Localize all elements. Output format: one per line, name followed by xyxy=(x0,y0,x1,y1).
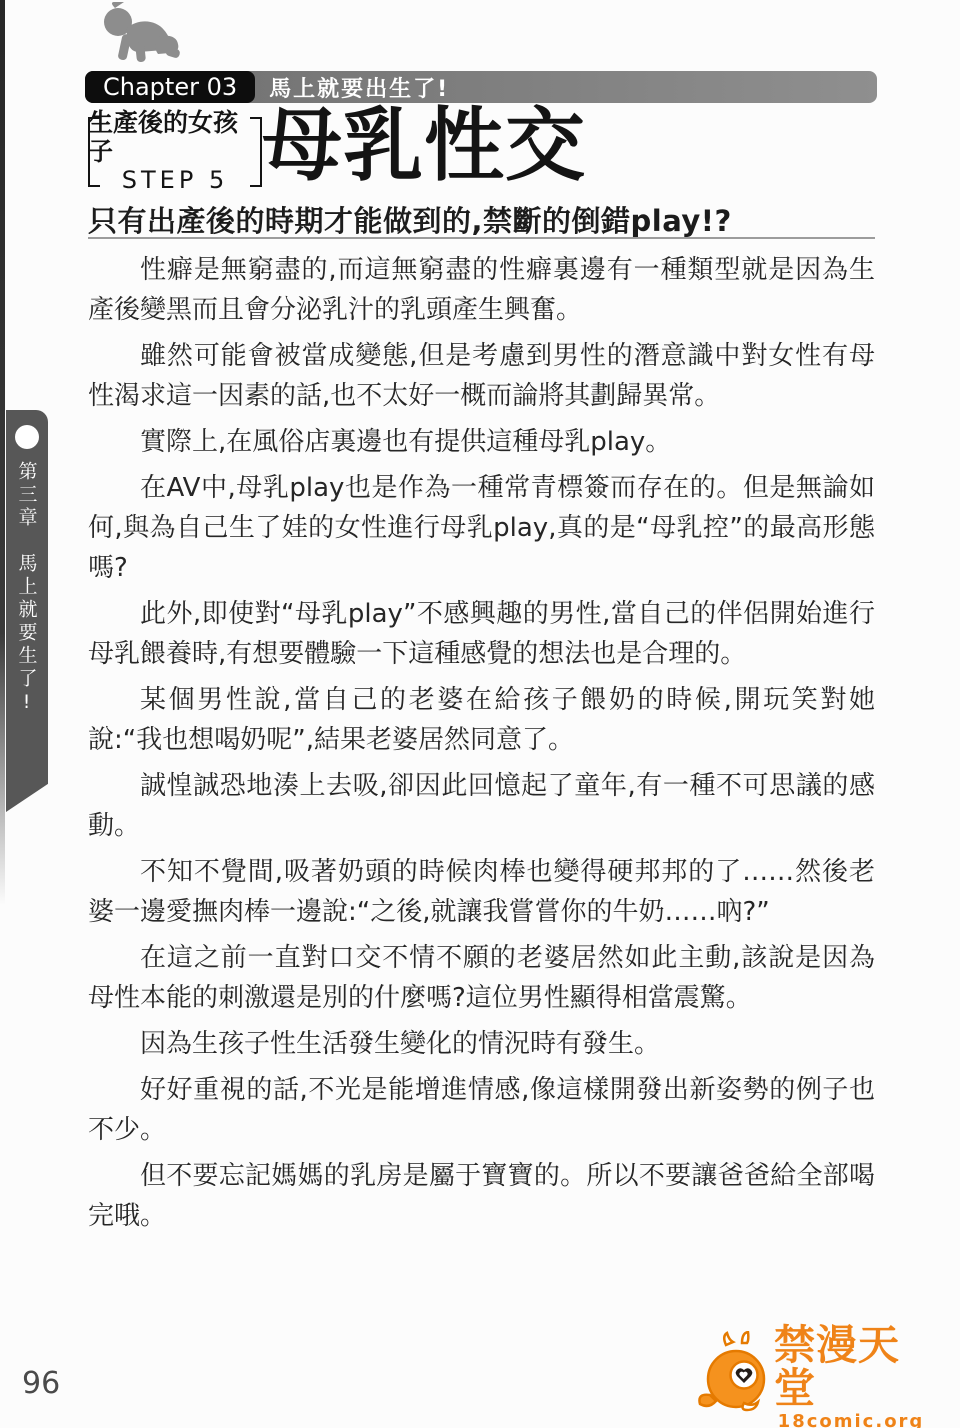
body-paragraph: 不知不覺間,吸著奶頭的時候肉棒也變得硬邦邦的了……然後老婆一邊愛撫肉棒一邊說:“… xyxy=(88,852,875,932)
chapter-number-label: Chapter 03 xyxy=(85,71,255,103)
book-page: Chapter 03 馬上就要出生了! 生產後的女孩子 STEP 5 母乳性交 … xyxy=(0,0,960,1428)
body-paragraph: 在AV中,母乳play也是作為一種常青標簽而存在的。但是無論如何,與為自己生了娃… xyxy=(88,468,875,588)
article-body: 性癖是無窮盡的,而這無窮盡的性癖裏邊有一種類型就是因為生產後變黑而且會分泌乳汁的… xyxy=(88,250,875,1242)
sidebar-chapter-tab: 第三章 馬上就要生了! xyxy=(6,410,48,812)
step-number: STEP 5 xyxy=(122,166,228,195)
body-paragraph: 在這之前一直對口交不情不願的老婆居然如此主動,該說是因為母性本能的刺激還是別的什… xyxy=(88,938,875,1018)
baby-icon xyxy=(94,2,186,70)
body-paragraph: 某個男性說,當自己的老婆在給孩子餵奶的時候,開玩笑對她說:“我也想喝奶呢”,結果… xyxy=(88,680,875,760)
step-subject: 生產後的女孩子 xyxy=(88,109,262,167)
logo-text: 禁漫天堂 18comic.org xyxy=(774,1324,928,1428)
body-paragraph: 此外,即使對“母乳play”不感興趣的男性,當自己的伴侶開始進行母乳餵養時,有想… xyxy=(88,594,875,674)
site-watermark-logo: 禁漫天堂 18comic.org xyxy=(698,1332,928,1424)
page-title: 母乳性交 xyxy=(262,102,586,190)
body-paragraph: 實際上,在風俗店裏邊也有提供這種母乳play。 xyxy=(88,422,875,462)
body-paragraph: 因為生孩子性生活發生變化的情況時有發生。 xyxy=(88,1024,875,1064)
orange-whale-mascot-icon xyxy=(698,1331,770,1425)
page-number: 96 xyxy=(22,1366,60,1401)
body-paragraph: 但不要忘記媽媽的乳房是屬于寶寶的。所以不要讓爸爸給全部喝完哦。 xyxy=(88,1156,875,1236)
circle-bullet-icon xyxy=(15,425,39,449)
sidebar-chapter-text: 第三章 馬上就要生了! xyxy=(14,461,41,717)
bracket-right-icon xyxy=(250,117,262,187)
subtitle-underline xyxy=(88,237,875,239)
site-url: 18comic.org xyxy=(778,1411,925,1428)
body-paragraph: 雖然可能會被當成變態,但是考慮到男性的潛意識中對女性有母性渴求這一因素的話,也不… xyxy=(88,336,875,416)
body-paragraph: 性癖是無窮盡的,而這無窮盡的性癖裏邊有一種類型就是因為生產後變黑而且會分泌乳汁的… xyxy=(88,250,875,330)
body-paragraph: 好好重視的話,不光是能增進情感,像這樣開發出新姿勢的例子也不少。 xyxy=(88,1070,875,1150)
scan-edge-shadow xyxy=(0,0,5,905)
site-name: 禁漫天堂 xyxy=(774,1324,928,1410)
bracket-left-icon xyxy=(88,117,100,187)
step-block: 生產後的女孩子 STEP 5 xyxy=(88,117,262,187)
chapter-title: 馬上就要出生了! xyxy=(269,72,449,103)
subtitle: 只有出產後的時期才能做到的,禁斷的倒錯play!? xyxy=(88,199,732,240)
body-paragraph: 誠惶誠恐地湊上去吸,卻因此回憶起了童年,有一種不可思議的感動。 xyxy=(88,766,875,846)
